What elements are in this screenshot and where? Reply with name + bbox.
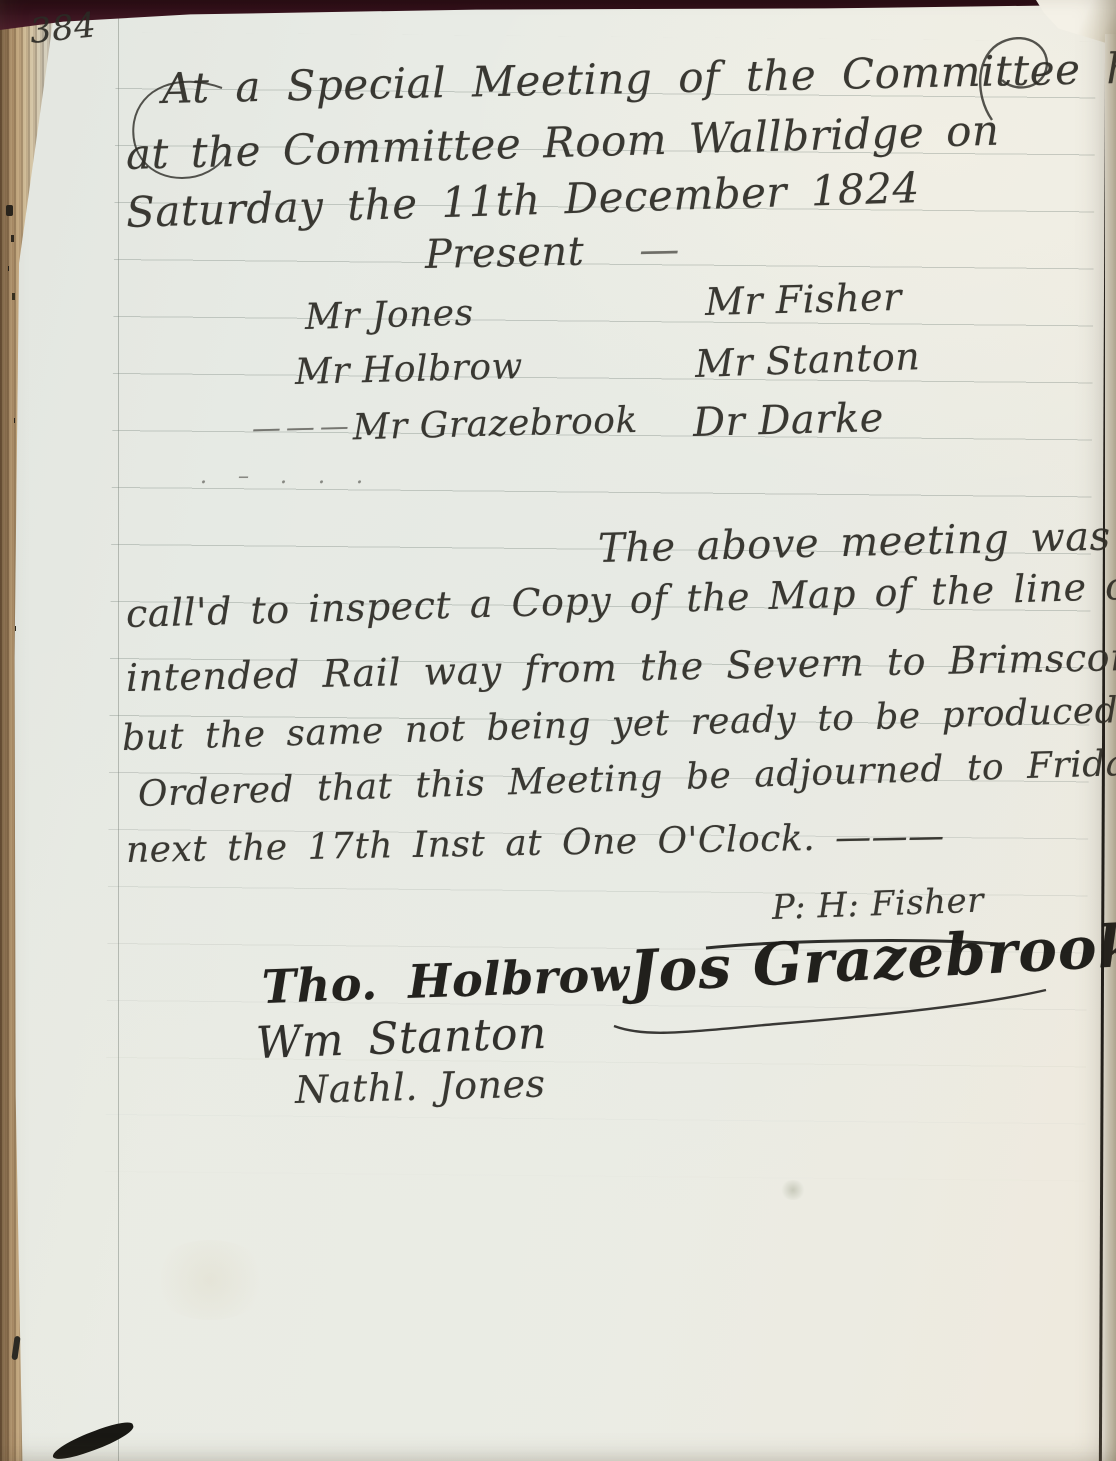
attendee-grazebrook-name: Mr Grazebrook — [352, 400, 638, 448]
present-label: Present— — [425, 227, 681, 278]
page-number: 384 — [28, 5, 98, 52]
margin-rule-line — [118, 0, 119, 1461]
signature-jones: Nathl. Jones — [294, 1061, 546, 1112]
signature-stanton: Wm Stanton — [255, 1008, 547, 1069]
attendee-darke: Dr Darke — [692, 395, 884, 446]
attendee-holbrow: Mr Holbrow — [294, 346, 523, 393]
page-corner-fore-edge — [1036, 0, 1116, 46]
ink-blot — [50, 1418, 137, 1461]
attendee-jones: Mr Jones — [304, 293, 474, 338]
edge-ink-speckles — [6, 205, 13, 216]
present-word: Present — [425, 229, 585, 278]
book-edge-leaves — [0, 0, 56, 1461]
present-dash: — — [639, 227, 680, 274]
paper-stain — [780, 1180, 806, 1200]
attendee-stanton: Mr Stanton — [694, 334, 921, 386]
attendee-dash-prefix: — — — — [251, 409, 347, 445]
cover-top-band — [0, 0, 1058, 30]
attendee-fisher: Mr Fisher — [704, 275, 902, 324]
paper-stain — [150, 1240, 270, 1320]
manuscript-page: 384 At a Special Meeting of the Committe… — [0, 0, 1116, 1461]
dots-row: . – . . . — [200, 464, 375, 489]
